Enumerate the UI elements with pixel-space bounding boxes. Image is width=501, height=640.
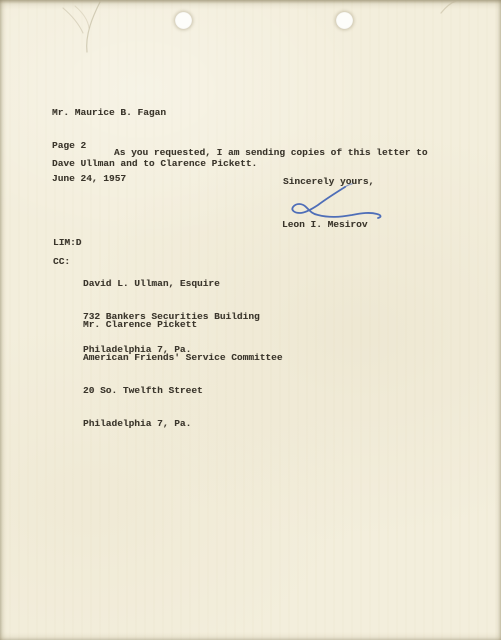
punch-hole-left-icon	[175, 12, 192, 29]
signature-typed-name: Leon I. Mesirov	[282, 219, 368, 230]
pencil-scribble-top-left	[55, 0, 115, 60]
cc2-line1: Mr. Clarence Pickett	[83, 319, 283, 330]
cc2-line3: 20 So. Twelfth Street	[83, 385, 283, 396]
cc-label: CC:	[53, 256, 83, 377]
cc2-line2: American Friends' Service Committee	[83, 352, 283, 363]
punch-hole-right-icon	[336, 12, 353, 29]
date-line: June 24, 1957	[52, 173, 166, 184]
recipient-name: Mr. Maurice B. Fagan	[52, 107, 166, 118]
signature-ink	[284, 182, 388, 224]
reference-initials: LIM:D	[53, 237, 82, 248]
recipient-header: Mr. Maurice B. Fagan Page 2 June 24, 195…	[52, 85, 166, 206]
body-paragraph-line-1: As you requested, I am sending copies of…	[114, 147, 428, 158]
cc1-line1: David L. Ullman, Esquire	[83, 278, 260, 289]
cc-recipient-2-address: Mr. Clarence Pickett American Friends' S…	[83, 297, 283, 451]
body-paragraph-line-2: Dave Ullman and to Clarence Pickett.	[52, 158, 257, 169]
pencil-mark-top-right	[438, 0, 460, 16]
scanned-letter-page: Mr. Maurice B. Fagan Page 2 June 24, 195…	[0, 0, 501, 640]
cc2-line4: Philadelphia 7, Pa.	[83, 418, 283, 429]
